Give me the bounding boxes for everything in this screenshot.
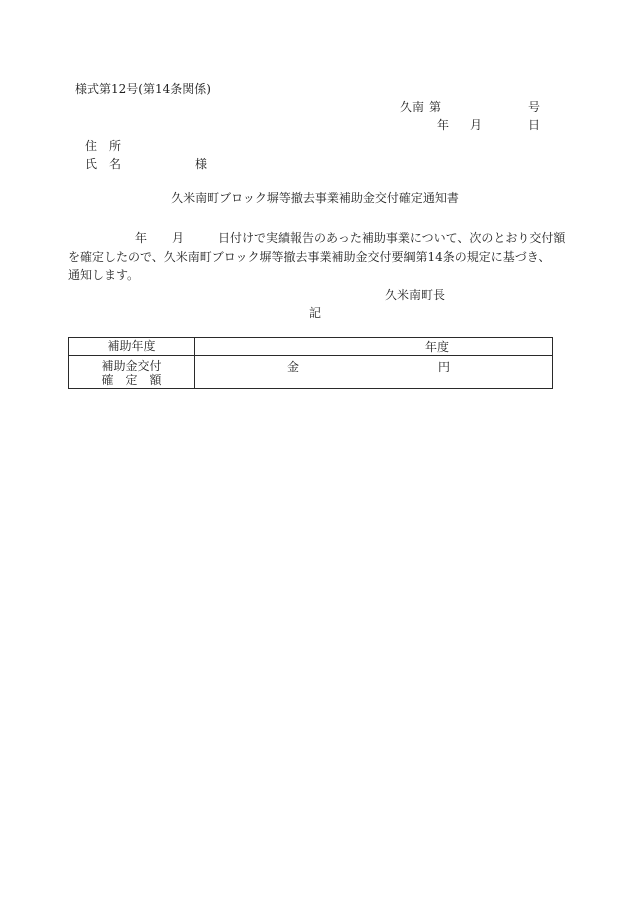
ref-dai-label: 第 <box>429 100 441 115</box>
form-number: 様式第12号(第14条関係) <box>75 82 211 97</box>
confirmed-amount-header: 補助金交付 確 定 額 <box>69 356 195 389</box>
document-title: 久米南町ブロック塀等撤去事業補助金交付確定通知書 <box>0 191 630 206</box>
fiscal-year-header: 補助年度 <box>69 338 195 356</box>
amount-yen-label: 円 <box>438 360 450 374</box>
body-line2-text: を確定したので、久米南町ブロック塀等撤去事業補助金交付要綱第14条の規定に基づき… <box>68 250 550 265</box>
fiscal-year-value-cell: 年度 <box>195 338 553 356</box>
date-day-label: 日 <box>528 118 540 133</box>
subsidy-table: 補助年度 年度 補助金交付 確 定 額 金 円 <box>68 337 553 389</box>
confirmed-amount-header-line2: 確 定 額 <box>69 373 194 387</box>
recipient-name-label: 氏 名 <box>85 157 121 172</box>
confirmed-amount-header-line1: 補助金交付 <box>69 359 194 373</box>
table-row-fiscal-year: 補助年度 年度 <box>69 338 553 356</box>
confirmed-amount-value-cell: 金 円 <box>195 356 553 389</box>
date-year-label: 年 <box>437 118 449 133</box>
body-line1-text: 日付けで実績報告のあった補助事業について、次のとおり交付額 <box>218 231 565 246</box>
recipient-honorific: 様 <box>195 157 207 172</box>
body-line3-text: 通知します。 <box>68 268 139 283</box>
signature-mayor: 久米南町長 <box>385 288 445 303</box>
ref-prefix: 久南 <box>400 100 424 115</box>
date-month-label: 月 <box>470 118 482 133</box>
body-year-label: 年 <box>135 231 147 246</box>
fiscal-year-suffix: 年度 <box>425 340 449 354</box>
recipient-address-label: 住 所 <box>85 139 121 154</box>
table-row-confirmed-amount: 補助金交付 確 定 額 金 円 <box>69 356 553 389</box>
record-marker: 記 <box>0 306 630 321</box>
document-page: 様式第12号(第14条関係) 久南 第 号 年 月 日 住 所 氏 名 様 久米… <box>0 0 630 903</box>
amount-kin-label: 金 <box>287 360 299 374</box>
body-month-label: 月 <box>172 231 184 246</box>
ref-go-label: 号 <box>528 100 540 115</box>
